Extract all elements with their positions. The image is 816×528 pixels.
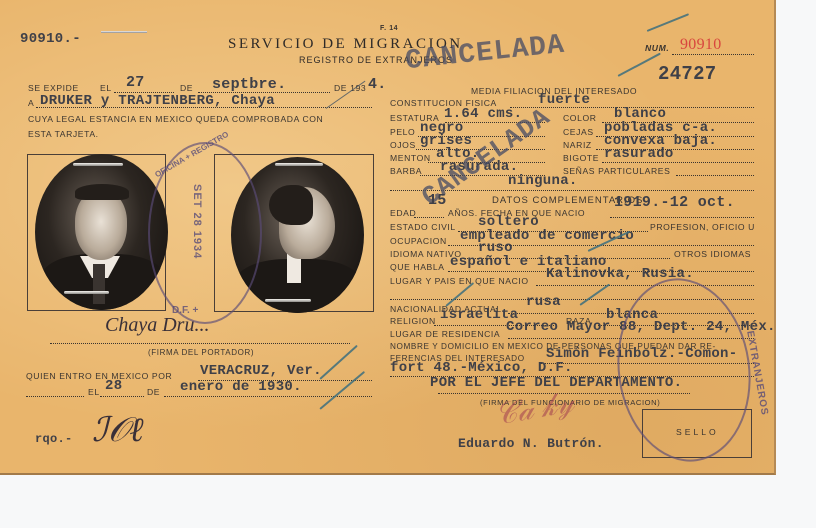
- issue-day: 27: [126, 74, 145, 91]
- senas-value: ninguna.: [508, 173, 578, 189]
- bearer-signature: Chaya Dru...: [105, 314, 209, 337]
- rqo-label: rqo.-: [35, 432, 73, 446]
- pelo-label: PELO: [390, 127, 415, 137]
- se-expide-label: SE EXPIDE: [28, 83, 79, 93]
- ocupacion-label: OCUPACION: [390, 236, 447, 246]
- initials-mark: ℐ𝒪ℓ: [92, 410, 144, 450]
- bigote-label: BIGOTE: [563, 153, 599, 163]
- statement-line-1: CUYA LEGAL ESTANCIA EN MEXICO QUEDA COMP…: [28, 114, 323, 124]
- constitucion-value: fuerte: [538, 92, 590, 108]
- el-label: EL: [100, 83, 112, 93]
- holder-name: DRUKER y TRAJTENBERG, Chaya: [40, 93, 275, 109]
- senas-label: SEÑAS PARTICULARES: [563, 166, 670, 176]
- religion-label: RELIGION: [390, 316, 436, 326]
- second-number: 24727: [658, 63, 717, 85]
- que-habla-label: QUE HABLA: [390, 262, 445, 272]
- nacionalidad-value: rusa: [526, 294, 561, 310]
- form-code: F. 14: [380, 25, 398, 32]
- barba-label: BARBA: [390, 166, 422, 176]
- profesion-label: PROFESION, OFICIO U: [650, 222, 755, 232]
- cejas-label: CEJAS: [563, 127, 594, 137]
- ojos-label: OJOS: [390, 140, 416, 150]
- nariz-label: NARIZ: [563, 140, 592, 150]
- entry-port: VERACRUZ, Ver.: [200, 363, 322, 379]
- signature-caption: (FIRMA DEL PORTADOR): [148, 348, 254, 357]
- a-label: A: [28, 98, 34, 108]
- top-left-number: 90910.-: [20, 31, 81, 47]
- bigote-value: rasurado: [604, 146, 674, 162]
- otros-idiomas-label: OTROS IDIOMAS: [674, 249, 751, 259]
- menton-label: MENTON: [390, 153, 431, 163]
- edad-label: EDAD: [390, 208, 416, 218]
- num-label: NUM.: [645, 43, 669, 53]
- fecha-nacimiento: 1919.-12 oct.: [614, 194, 735, 211]
- issue-year-digit: 4.: [368, 76, 387, 93]
- entry-label: QUIEN ENTRO EN MEXICO POR: [26, 371, 172, 381]
- residencia-label: LUGAR DE RESIDENCIA: [390, 329, 500, 339]
- lugar-nacimiento-label: LUGAR Y PAIS EN QUE NACIO: [390, 276, 529, 286]
- immigration-card: 90910.- F. 14 SERVICIO DE MIGRACION REGI…: [0, 0, 776, 475]
- stamp-date: SET 28 1934: [191, 184, 203, 284]
- num-value: 90910: [680, 36, 722, 54]
- color-label: COLOR: [563, 113, 597, 123]
- entry-date: enero de 1930.: [180, 379, 302, 395]
- de-label: DE: [180, 83, 193, 93]
- entry-day: 28: [105, 378, 122, 394]
- edad-value: 15: [428, 192, 447, 209]
- referencia-line-2: fort 48.-México, D.F.: [390, 360, 573, 376]
- statement-line-2: ESTA TARJETA.: [28, 129, 99, 139]
- issue-month: septbre.: [212, 76, 286, 93]
- entry-de-label: DE: [147, 387, 160, 397]
- official-name: Eduardo N. Butrón.: [458, 436, 604, 451]
- entry-el-label: EL: [88, 387, 100, 397]
- staple: [101, 31, 147, 33]
- estado-civil-label: ESTADO CIVIL: [390, 222, 456, 232]
